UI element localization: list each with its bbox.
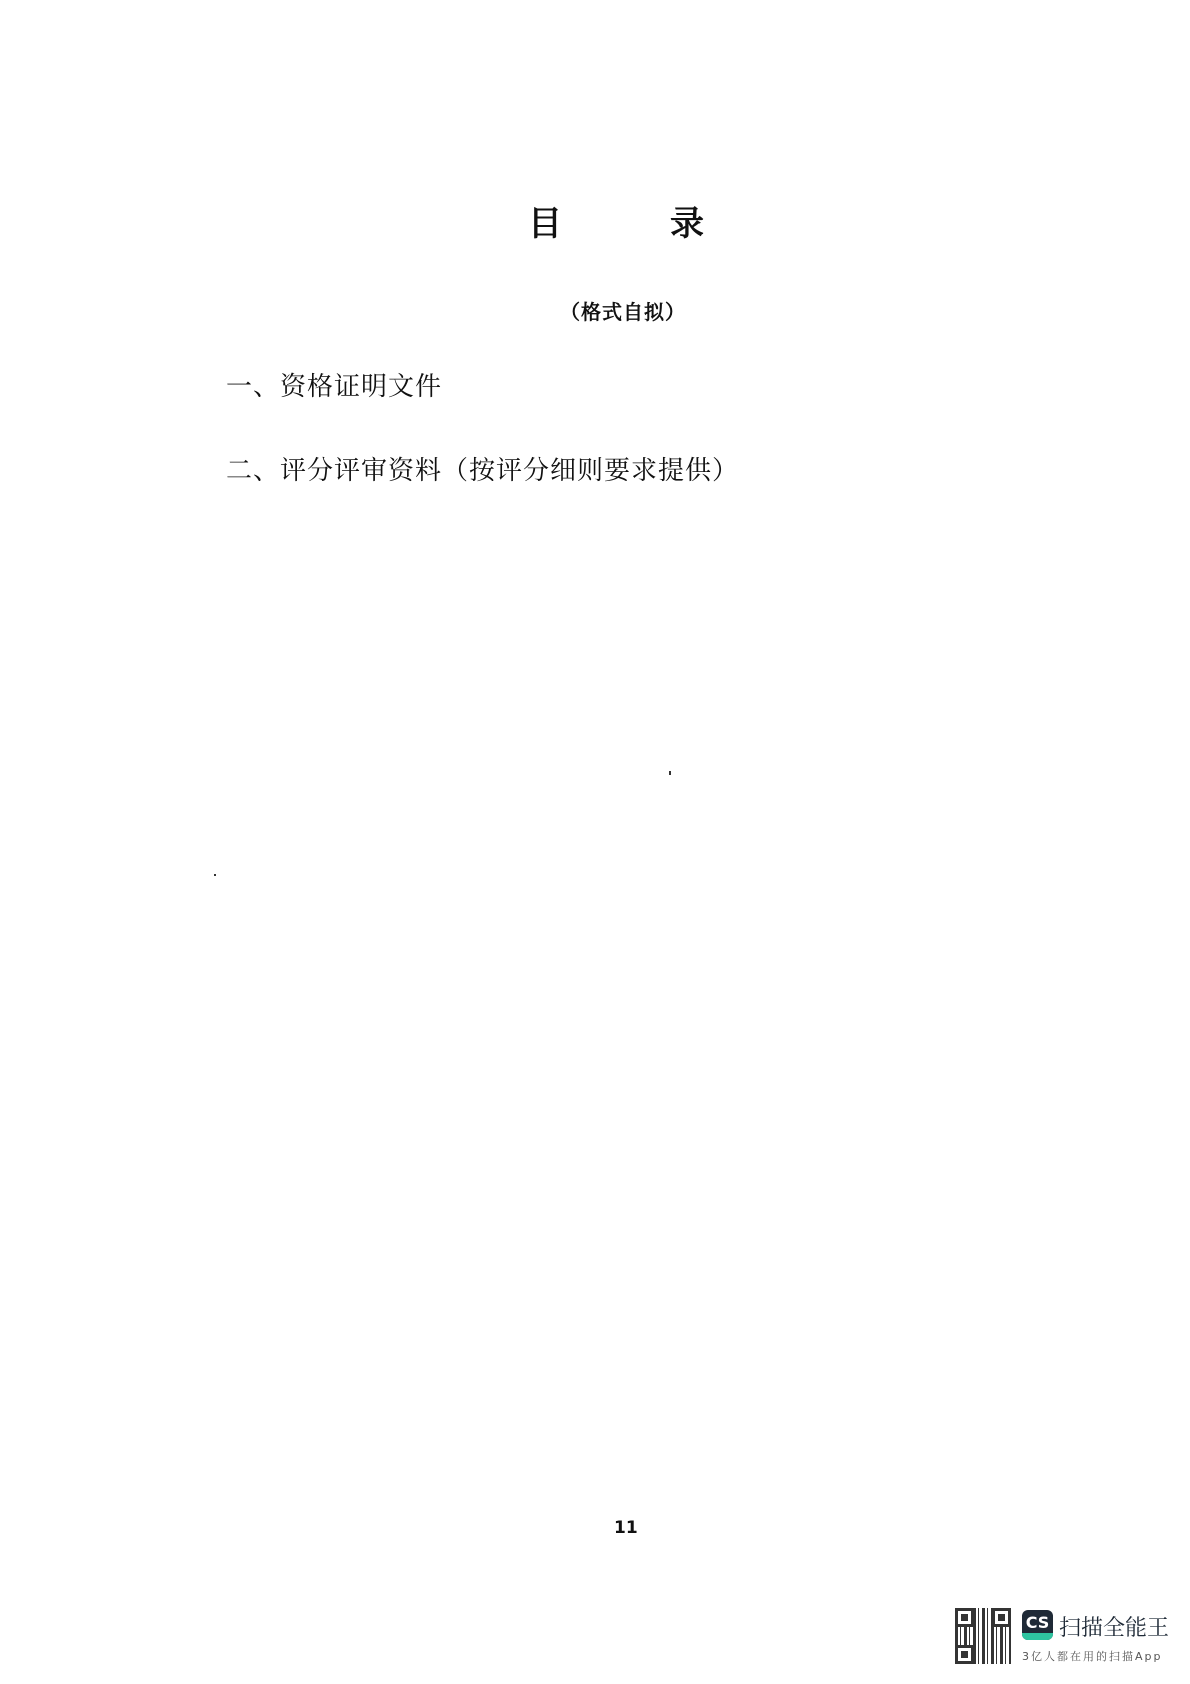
title-char-1: 目 (528, 196, 562, 245)
scan-speck (214, 874, 216, 876)
title-char-2: 录 (670, 196, 704, 245)
subtitle: （格式自拟） (560, 296, 686, 325)
brand-name: 扫描全能王 (1059, 1611, 1169, 1642)
toc-item-evaluation-materials: 二、评分评审资料（按评分细则要求提供） (226, 450, 739, 487)
qr-code-icon (955, 1608, 1011, 1664)
scan-speck (669, 771, 671, 775)
camscanner-logo-icon: CS (1022, 1610, 1053, 1640)
page-number: 11 (614, 1518, 638, 1538)
toc-item-qualification-documents: 一、资格证明文件 (226, 366, 442, 403)
scanner-watermark: CS 扫描全能王 3亿人都在用的扫描App (955, 1608, 1185, 1672)
logo-text: CS (1022, 1613, 1053, 1632)
brand-tagline: 3亿人都在用的扫描App (1022, 1648, 1163, 1664)
